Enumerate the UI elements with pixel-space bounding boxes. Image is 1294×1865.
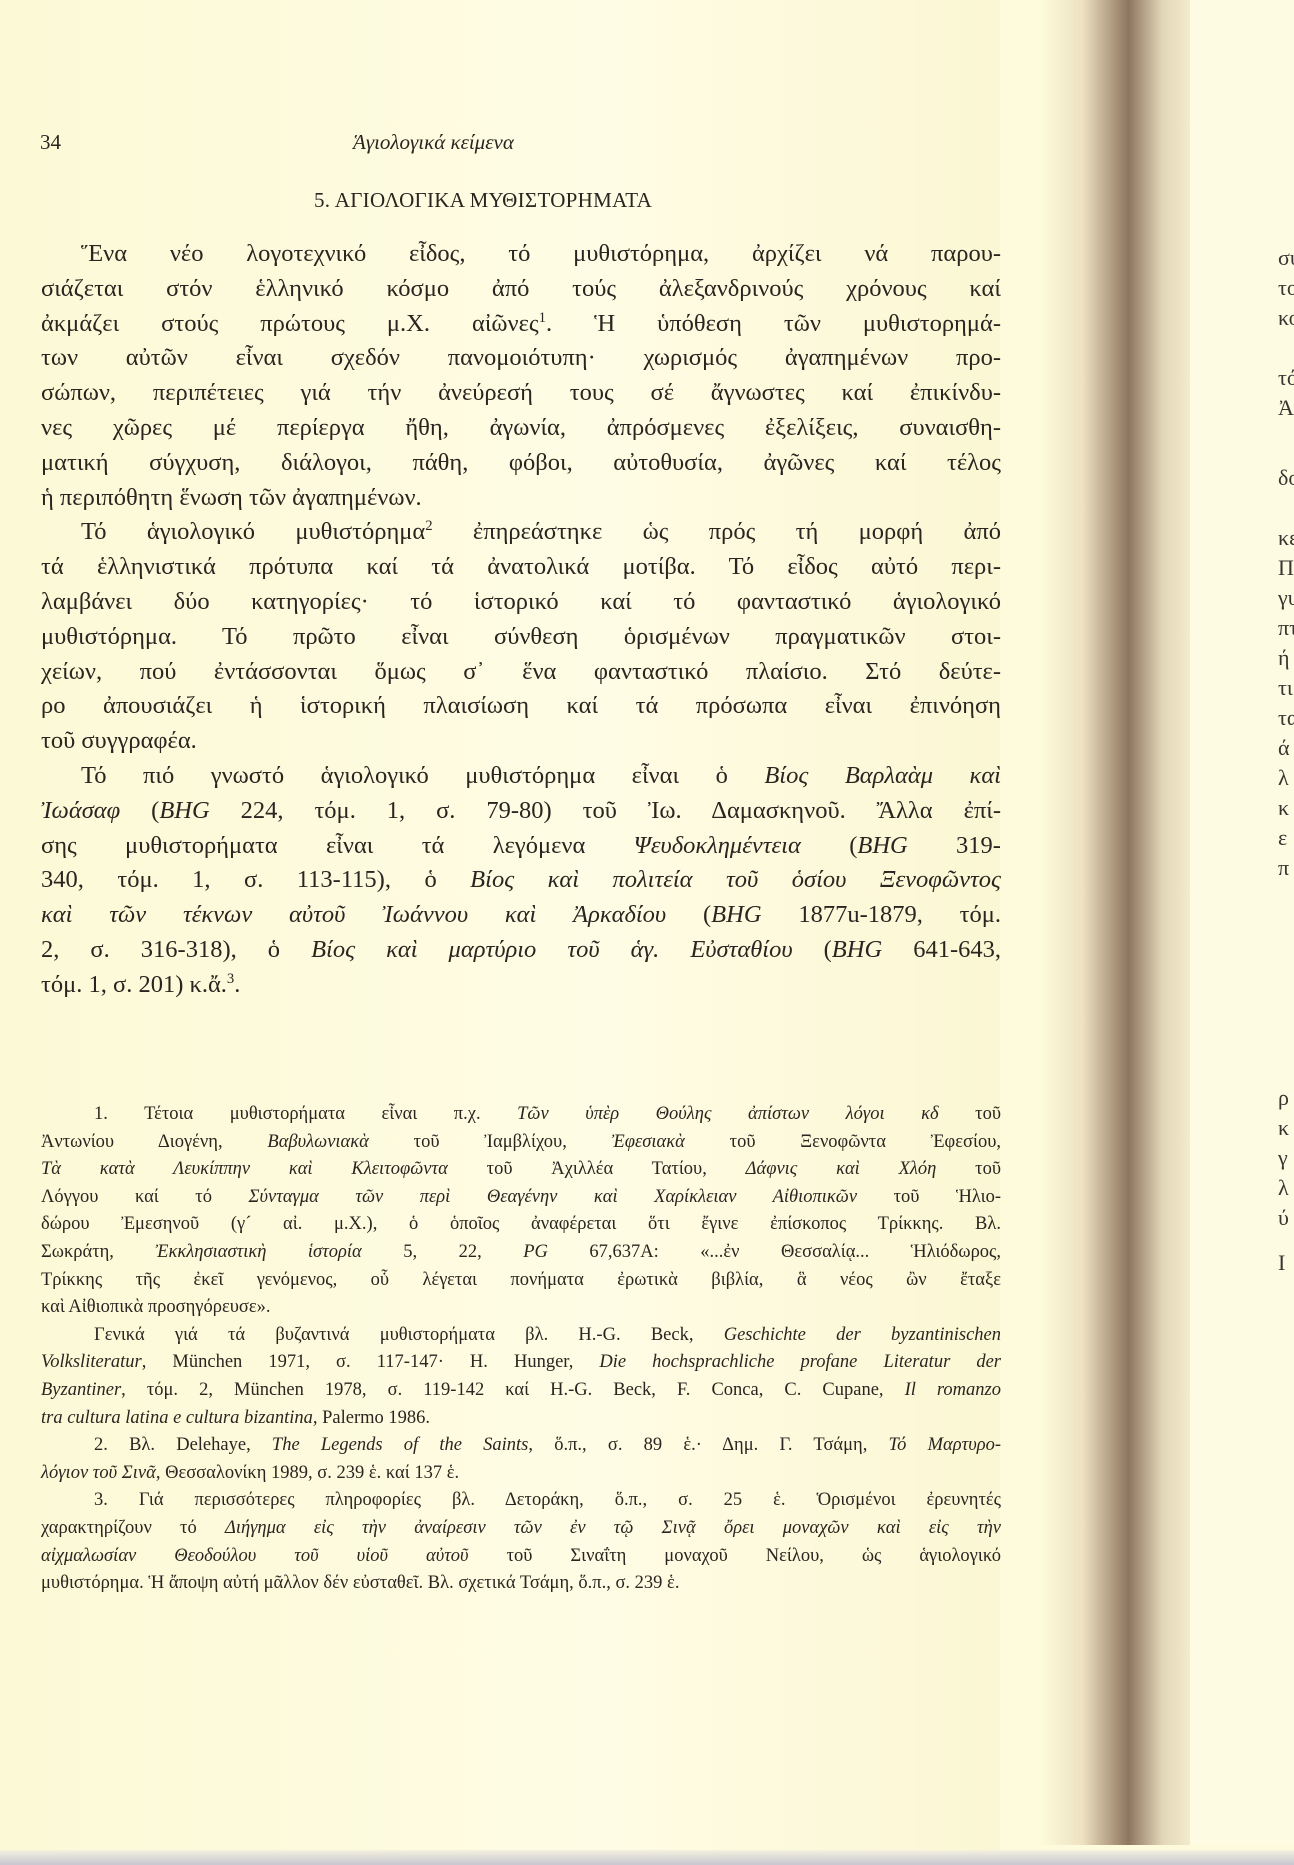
text-line: Τό πιό γνωστό ἁγιολογικό μυθιστόρημα εἶν… xyxy=(41,759,1001,794)
page-number: 34 xyxy=(40,130,61,155)
facing-page-fragment: γυ xyxy=(1278,585,1294,611)
chapter-title: 5. ΑΓΙΟΛΟΓΙΚΑ ΜΥΘΙΣΤΟΡΗΜΑΤΑ xyxy=(0,188,1000,213)
facing-page-fragment: κ xyxy=(1278,1115,1294,1141)
facing-page-fragment: Ι xyxy=(1278,1250,1294,1276)
facing-page-fragment: λ xyxy=(1278,765,1294,791)
facing-page-fragment: Π xyxy=(1278,555,1294,581)
text-line: σώπων, περιπέτειες γιά τήν ἀνεύρεσή τους… xyxy=(41,376,1001,411)
footnotes: 1. Τέτοια μυθιστορήματα εἶναι π.χ. Τῶν ὑ… xyxy=(41,1101,1001,1598)
footnote-1-line: Λόγγου καί τό Σύνταγμα τῶν περὶ Θεαγένην… xyxy=(41,1184,1001,1212)
footnote-1b-line: Volksliteratur, München 1971, σ. 117-147… xyxy=(41,1349,1001,1377)
facing-page-fragment: ά xyxy=(1278,735,1294,761)
footnote-ref[interactable]: 2 xyxy=(425,518,432,534)
facing-page-fragment: γ xyxy=(1278,1145,1294,1171)
text-line: τόμ. 1, σ. 201) κ.ἄ.3. xyxy=(41,968,1001,1003)
footnote-1-line: Τὰ κατὰ Λευκίππην καὶ Κλειτοφῶντα τοῦ Ἀχ… xyxy=(41,1156,1001,1184)
footnote-ref[interactable]: 1 xyxy=(539,309,546,325)
text-line: σης μυθιστορήματα εἶναι τά λεγόμενα Ψευδ… xyxy=(41,829,1001,864)
footnote-1-line: Τρίκκης τῆς ἐκεῖ γενόμενος, οὗ λέγεται π… xyxy=(41,1267,1001,1295)
footnote-3-line: 3. Γιά περισσότερες πληροφορίες βλ. Δετο… xyxy=(41,1487,1001,1515)
running-head: 34 Ἁγιολογικά κείμενα xyxy=(40,130,940,160)
facing-page-fragment: ε xyxy=(1278,825,1294,851)
facing-page-fragment: π xyxy=(1278,855,1294,881)
text-line: ρο ἀπουσιάζει ἡ ἱστορική πλαισίωση καί τ… xyxy=(41,689,1001,724)
book-gutter xyxy=(1040,0,1210,1845)
text-line: σιάζεται στόν ἑλληνικό κόσμο ἀπό τούς ἀλ… xyxy=(41,272,1001,307)
facing-page-fragment: τι xyxy=(1278,675,1294,701)
text-line: των αὐτῶν εἶναι σχεδόν πανομοιότυπη· χωρ… xyxy=(41,341,1001,376)
facing-page-fragment: Ἀ xyxy=(1278,395,1294,421)
text-line: καὶ τῶν τέκνων αὐτοῦ Ἰωάννου καὶ Ἀρκαδίο… xyxy=(41,898,1001,933)
footnote-1b-line: tra cultura latina e cultura bizantina, … xyxy=(41,1405,1001,1433)
facing-page-fragment: λ xyxy=(1278,1175,1294,1201)
text-line: μυθιστόρημα. Τό πρῶτο εἶναι σύνθεση ὁρισ… xyxy=(41,620,1001,655)
scan-bottom-edge xyxy=(0,1850,1294,1865)
facing-page-fragment: τό xyxy=(1278,365,1294,391)
text-line: Τό ἁγιολογικό μυθιστόρημα2 ἐπηρεάστηκε ὡ… xyxy=(41,515,1001,550)
facing-page-fragment: κε xyxy=(1278,525,1294,551)
footnote-1-line: Σωκράτη, Ἐκκλησιαστικὴ ἱστορία 5, 22, PG… xyxy=(41,1239,1001,1267)
text-line: Ἕνα νέο λογοτεχνικό εἶδος, τό μυθιστόρημ… xyxy=(41,237,1001,272)
text-line: νες χῶρες μέ περίεργα ἤθη, ἀγωνία, ἀπρόσ… xyxy=(41,411,1001,446)
text-line: λαμβάνει δύο κατηγορίες· τό ἱστορικό καί… xyxy=(41,585,1001,620)
footnote-1-line: 1. Τέτοια μυθιστορήματα εἶναι π.χ. Τῶν ὑ… xyxy=(41,1101,1001,1129)
footnote-3-line: αἰχμαλωσίαν Θεοδούλου τοῦ υἱοῦ αὐτοῦ τοῦ… xyxy=(41,1543,1001,1571)
facing-page-fragment: συ xyxy=(1278,245,1294,271)
footnote-1-line: δώρου Ἐμεσηνοῦ (γ´ αἰ. μ.Χ.), ὁ ὁποῖος ἀ… xyxy=(41,1211,1001,1239)
facing-page-fragment: πτ xyxy=(1278,615,1294,641)
footnote-3-line: χαρακτηρίζουν τό Διήγημα εἰς τὴν ἀναίρεσ… xyxy=(41,1515,1001,1543)
text-line: χείων, πού ἐντάσσονται ὅμως σ᾽ ἕνα φαντα… xyxy=(41,655,1001,690)
text-line: ἀκμάζει στούς πρώτους μ.Χ. αἰῶνες1. Ἡ ὑπ… xyxy=(41,307,1001,342)
text-line: ἡ περιπόθητη ἕνωση τῶν ἀγαπημένων. xyxy=(41,481,1001,516)
facing-page-fragment: κ xyxy=(1278,795,1294,821)
footnote-1b-line: Γενικά γιά τά βυζαντινά μυθιστορήματα βλ… xyxy=(41,1322,1001,1350)
text-line: 2, σ. 316-318), ὁ Βίος καὶ μαρτύριο τοῦ … xyxy=(41,933,1001,968)
footnote-1-line: Ἀντωνίου Διογένη, Βαβυλωνιακὰ τοῦ Ἰαμβλί… xyxy=(41,1129,1001,1157)
facing-page-fragment: ρ xyxy=(1278,1085,1294,1111)
footnote-1-line: καὶ Αἰθιοπικὰ προσηγόρευσε». xyxy=(41,1294,1001,1322)
text-line: τά ἑλληνιστικά πρότυπα καί τά ἀνατολικά … xyxy=(41,550,1001,585)
text-line: Ἰωάσαφ (BHG 224, τόμ. 1, σ. 79-80) τοῦ Ἰ… xyxy=(41,794,1001,829)
facing-page-fragment: κο xyxy=(1278,305,1294,331)
facing-page-fragment: δο xyxy=(1278,465,1294,491)
text-line: τοῦ συγγραφέα. xyxy=(41,724,1001,759)
text-line: ματική σύγχυση, διάλογοι, πάθη, φόβοι, α… xyxy=(41,446,1001,481)
facing-page-fragment: τα xyxy=(1278,705,1294,731)
footnote-1b-line: Byzantiner, τόμ. 2, München 1978, σ. 119… xyxy=(41,1377,1001,1405)
facing-page-fragment: ή xyxy=(1278,645,1294,671)
footnote-2-line: λόγιον τοῦ Σινᾶ, Θεσσαλονίκη 1989, σ. 23… xyxy=(41,1460,1001,1488)
running-title: Ἁγιολογικά κείμενα xyxy=(353,130,514,155)
main-body-text: Ἕνα νέο λογοτεχνικό εἶδος, τό μυθιστόρημ… xyxy=(41,237,1001,1003)
facing-page-fragment: ύ xyxy=(1278,1205,1294,1231)
footnote-3-line: μυθιστόρημα. Ἡ ἄποψη αὐτή μᾶλλον δέν εὐσ… xyxy=(41,1570,1001,1598)
facing-page-fragment: το xyxy=(1278,275,1294,301)
footnote-2-line: 2. Βλ. Delehaye, The Legends of the Sain… xyxy=(41,1432,1001,1460)
text-line: 340, τόμ. 1, σ. 113-115), ὁ Βίος καὶ πολ… xyxy=(41,863,1001,898)
